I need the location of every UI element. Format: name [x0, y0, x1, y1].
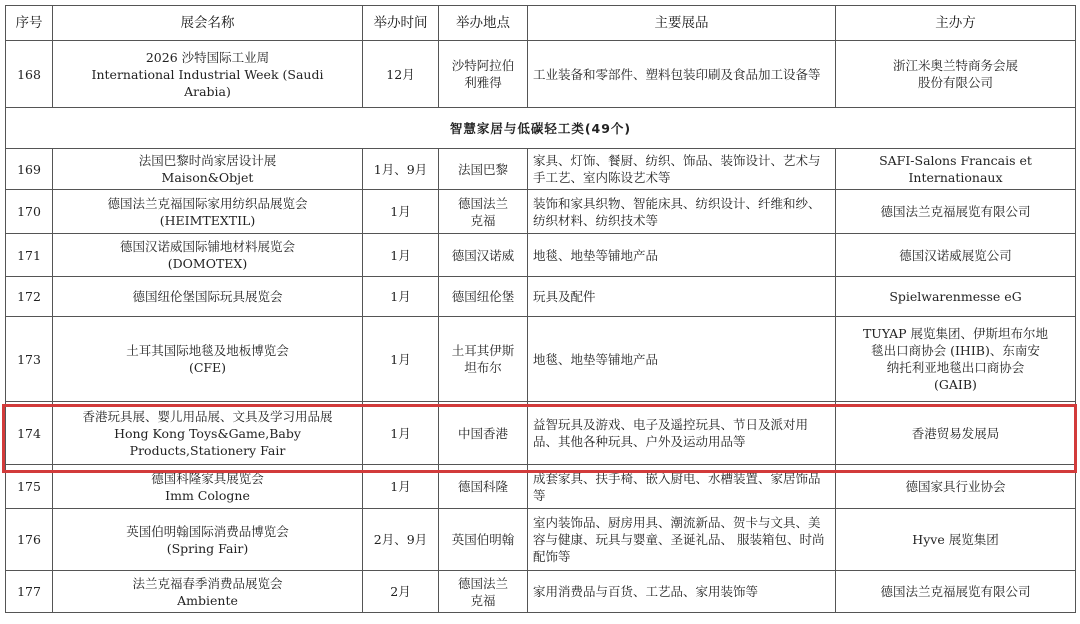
cell-place: 英国伯明翰 [439, 509, 528, 571]
cell-line: Arabia) [58, 83, 357, 100]
cell-time: 1月 [363, 402, 439, 465]
cell-place: 土耳其伊斯坦布尔 [439, 317, 528, 402]
table-row: 176英国伯明翰国际消费品博览会(Spring Fair)2月、9月英国伯明翰室… [6, 509, 1076, 571]
cell-no: 173 [6, 317, 53, 402]
cell-name: 2026 沙特国际工业周International Industrial Wee… [53, 41, 363, 108]
cell-line: 德国法兰克福展览有限公司 [841, 583, 1070, 600]
cell-products: 成套家具、扶手椅、嵌入厨电、水槽装置、家居饰品等 [528, 465, 836, 509]
cell-line: (GAIB) [841, 376, 1070, 393]
cell-name: 德国纽伦堡国际玩具展览会 [53, 277, 363, 317]
cell-line: 法国巴黎 [444, 161, 522, 178]
table-row: 172德国纽伦堡国际玩具展览会1月德国纽伦堡玩具及配件Spielwarenmes… [6, 277, 1076, 317]
cell-time: 1月 [363, 317, 439, 402]
cell-place: 德国科隆 [439, 465, 528, 509]
cell-place: 德国纽伦堡 [439, 277, 528, 317]
cell-line: 德国法兰 [444, 195, 522, 212]
cell-line: 土耳其伊斯 [444, 342, 522, 359]
cell-organizer: 德国家具行业协会 [836, 465, 1076, 509]
cell-products: 室内装饰品、厨房用具、潮流新品、贺卡与文具、美容与健康、玩具与婴童、圣诞礼品、 … [528, 509, 836, 571]
table-row: 173土耳其国际地毯及地板博览会(CFE)1月土耳其伊斯坦布尔地毯、地垫等铺地产… [6, 317, 1076, 402]
cell-products: 装饰和家具织物、智能床具、纺织设计、纤维和纱、纺织材料、纺织技术等 [528, 190, 836, 234]
header-row: 序号 展会名称 举办时间 举办地点 主要展品 主办方 [6, 6, 1076, 41]
cell-line: 香港贸易发展局 [841, 425, 1070, 442]
cell-organizer: SAFI-Salons Francais etInternationaux [836, 149, 1076, 190]
cell-line: 德国汉诺威展览公司 [841, 247, 1070, 264]
cell-line: 香港玩具展、婴儿用品展、文具及学习用品展 [58, 408, 357, 425]
cell-name: 英国伯明翰国际消费品博览会(Spring Fair) [53, 509, 363, 571]
cell-line: 中国香港 [444, 425, 522, 442]
header-no: 序号 [6, 6, 53, 41]
cell-line: Imm Cologne [58, 487, 357, 504]
cell-products: 家用消费品与百货、工艺品、家用装饰等 [528, 571, 836, 613]
cell-time: 1月 [363, 465, 439, 509]
cell-no: 169 [6, 149, 53, 190]
table-row: 1682026 沙特国际工业周International Industrial … [6, 41, 1076, 108]
cell-no: 176 [6, 509, 53, 571]
header-products: 主要展品 [528, 6, 836, 41]
cell-line: 德国纽伦堡 [444, 288, 522, 305]
cell-line: Internationaux [841, 169, 1070, 186]
cell-line: Hong Kong Toys&Game,Baby [58, 425, 357, 442]
table-row: 169法国巴黎时尚家居设计展Maison&Objet1月、9月法国巴黎家具、灯饰… [6, 149, 1076, 190]
cell-line: (DOMOTEX) [58, 255, 357, 272]
cell-place: 法国巴黎 [439, 149, 528, 190]
cell-organizer: 香港贸易发展局 [836, 402, 1076, 465]
cell-time: 1月、9月 [363, 149, 439, 190]
cell-products: 工业装备和零部件、塑料包装印刷及食品加工设备等 [528, 41, 836, 108]
table-row: 177法兰克福春季消费品展览会Ambiente2月德国法兰克福家用消费品与百货、… [6, 571, 1076, 613]
cell-line: 德国法兰 [444, 575, 522, 592]
cell-line: 克福 [444, 592, 522, 609]
header-organizer: 主办方 [836, 6, 1076, 41]
cell-no: 170 [6, 190, 53, 234]
cell-no: 171 [6, 234, 53, 277]
cell-line: Products,Stationery Fair [58, 442, 357, 459]
cell-time: 1月 [363, 190, 439, 234]
table-row: 174香港玩具展、婴儿用品展、文具及学习用品展Hong Kong Toys&Ga… [6, 402, 1076, 465]
cell-line: 德国家具行业协会 [841, 478, 1070, 495]
cell-line: 毯出口商协会 (IHIB)、东南安 [841, 342, 1070, 359]
cell-time: 1月 [363, 234, 439, 277]
cell-line: 德国科隆家具展览会 [58, 470, 357, 487]
cell-time: 2月、9月 [363, 509, 439, 571]
table-row: 175德国科隆家具展览会Imm Cologne1月德国科隆成套家具、扶手椅、嵌入… [6, 465, 1076, 509]
category-title: 智慧家居与低碳轻工类(49个) [6, 108, 1076, 149]
cell-line: 德国纽伦堡国际玩具展览会 [58, 288, 357, 305]
cell-line: 德国汉诺威 [444, 247, 522, 264]
cell-line: 英国伯明翰国际消费品博览会 [58, 523, 357, 540]
cell-line: 浙江米奥兰特商务会展 [841, 57, 1070, 74]
cell-name: 法国巴黎时尚家居设计展Maison&Objet [53, 149, 363, 190]
category-row: 智慧家居与低碳轻工类(49个) [6, 108, 1076, 149]
cell-line: 克福 [444, 212, 522, 229]
cell-no: 175 [6, 465, 53, 509]
cell-no: 177 [6, 571, 53, 613]
cell-line: TUYAP 展览集团、伊斯坦布尔地 [841, 325, 1070, 342]
cell-place: 沙特阿拉伯利雅得 [439, 41, 528, 108]
cell-products: 地毯、地垫等铺地产品 [528, 234, 836, 277]
cell-line: 德国法兰克福国际家用纺织品展览会 [58, 195, 357, 212]
cell-organizer: 德国汉诺威展览公司 [836, 234, 1076, 277]
cell-line: 沙特阿拉伯 [444, 57, 522, 74]
cell-line: 法兰克福春季消费品展览会 [58, 575, 357, 592]
cell-line: SAFI-Salons Francais et [841, 152, 1070, 169]
cell-line: 土耳其国际地毯及地板博览会 [58, 342, 357, 359]
cell-time: 1月 [363, 277, 439, 317]
cell-line: Hyve 展览集团 [841, 531, 1070, 548]
cell-line: 德国汉诺威国际铺地材料展览会 [58, 238, 357, 255]
header-place: 举办地点 [439, 6, 528, 41]
header-time: 举办时间 [363, 6, 439, 41]
cell-no: 168 [6, 41, 53, 108]
cell-products: 益智玩具及游戏、电子及遥控玩具、节日及派对用品、其他各种玩具、户外及运动用品等 [528, 402, 836, 465]
cell-line: 纳托利亚地毯出口商协会 [841, 359, 1070, 376]
cell-organizer: TUYAP 展览集团、伊斯坦布尔地毯出口商协会 (IHIB)、东南安纳托利亚地毯… [836, 317, 1076, 402]
cell-no: 172 [6, 277, 53, 317]
cell-line: 德国科隆 [444, 478, 522, 495]
cell-name: 德国汉诺威国际铺地材料展览会(DOMOTEX) [53, 234, 363, 277]
cell-line: 利雅得 [444, 74, 522, 91]
cell-line: 英国伯明翰 [444, 531, 522, 548]
cell-name: 德国科隆家具展览会Imm Cologne [53, 465, 363, 509]
cell-name: 德国法兰克福国际家用纺织品展览会(HEIMTEXTIL) [53, 190, 363, 234]
cell-place: 德国法兰克福 [439, 190, 528, 234]
cell-line: Ambiente [58, 592, 357, 609]
cell-organizer: Hyve 展览集团 [836, 509, 1076, 571]
cell-line: (CFE) [58, 359, 357, 376]
cell-line: (Spring Fair) [58, 540, 357, 557]
table-row: 170德国法兰克福国际家用纺织品展览会(HEIMTEXTIL)1月德国法兰克福装… [6, 190, 1076, 234]
cell-place: 中国香港 [439, 402, 528, 465]
cell-organizer: 德国法兰克福展览有限公司 [836, 571, 1076, 613]
cell-organizer: Spielwarenmesse eG [836, 277, 1076, 317]
cell-line: Spielwarenmesse eG [841, 288, 1070, 305]
cell-line: 德国法兰克福展览有限公司 [841, 203, 1070, 220]
cell-products: 玩具及配件 [528, 277, 836, 317]
cell-no: 174 [6, 402, 53, 465]
exhibition-table: 序号 展会名称 举办时间 举办地点 主要展品 主办方 1682026 沙特国际工… [5, 5, 1076, 613]
cell-place: 德国法兰克福 [439, 571, 528, 613]
cell-name: 土耳其国际地毯及地板博览会(CFE) [53, 317, 363, 402]
cell-line: 坦布尔 [444, 359, 522, 376]
table-row: 171德国汉诺威国际铺地材料展览会(DOMOTEX)1月德国汉诺威地毯、地垫等铺… [6, 234, 1076, 277]
cell-line: 股份有限公司 [841, 74, 1070, 91]
cell-products: 家具、灯饰、餐厨、纺织、饰品、装饰设计、艺术与手工艺、室内陈设艺术等 [528, 149, 836, 190]
cell-line: 2026 沙特国际工业周 [58, 49, 357, 66]
cell-name: 法兰克福春季消费品展览会Ambiente [53, 571, 363, 613]
cell-line: Maison&Objet [58, 169, 357, 186]
cell-organizer: 浙江米奥兰特商务会展股份有限公司 [836, 41, 1076, 108]
cell-organizer: 德国法兰克福展览有限公司 [836, 190, 1076, 234]
cell-time: 12月 [363, 41, 439, 108]
cell-name: 香港玩具展、婴儿用品展、文具及学习用品展Hong Kong Toys&Game,… [53, 402, 363, 465]
cell-line: 法国巴黎时尚家居设计展 [58, 152, 357, 169]
header-name: 展会名称 [53, 6, 363, 41]
cell-time: 2月 [363, 571, 439, 613]
cell-line: (HEIMTEXTIL) [58, 212, 357, 229]
cell-place: 德国汉诺威 [439, 234, 528, 277]
cell-products: 地毯、地垫等铺地产品 [528, 317, 836, 402]
cell-line: International Industrial Week (Saudi [58, 66, 357, 83]
